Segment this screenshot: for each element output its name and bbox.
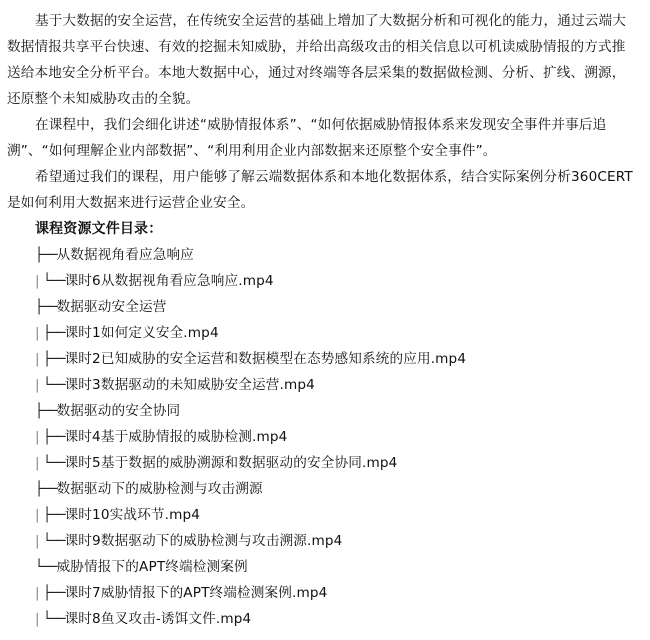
paragraph-line: 数据情报共享平台快速、有效的挖掘未知威胁，并给出高级攻击的相关信息以可机读威胁情…: [7, 34, 643, 60]
tree-branch-icon: ├──: [43, 424, 65, 450]
tree-branch-icon: └──: [43, 450, 65, 476]
folder-label: 威胁情报下的APT终端检测案例: [57, 559, 248, 575]
tree-folder: └──威胁情报下的APT终端检测案例: [7, 554, 643, 580]
tree-file: |└──课时9数据驱动下的威胁检测与攻击溯源.mp4: [7, 528, 643, 554]
file-label: 课时4基于威胁情报的威胁检测.mp4: [65, 429, 288, 445]
tree-pipe-icon: |: [35, 372, 43, 398]
file-label: 课时8鱼叉攻击-诱饵文件.mp4: [65, 611, 252, 627]
tree-branch-icon: ├──: [43, 346, 65, 372]
tree-folder: ├──数据驱动安全运营: [7, 294, 643, 320]
tree-file: |├──课时1如何定义安全.mp4: [7, 320, 643, 346]
tree-branch-icon: ├──: [35, 294, 57, 320]
tree-branch-icon: ├──: [43, 502, 65, 528]
intro-paragraph-1: 基于大数据的安全运营，在传统安全运营的基础上增加了大数据分析和可视化的能力，通过…: [7, 8, 643, 112]
tree-folder: ├──数据驱动下的威胁检测与攻击溯源: [7, 476, 643, 502]
paragraph-line: 溯”、“如何理解企业内部数据”、“利用利用企业内部数据来还原整个安全事件”。: [7, 138, 643, 164]
tree-branch-icon: └──: [43, 528, 65, 554]
tree-file: |└──课时3数据驱动的未知威胁安全运营.mp4: [7, 372, 643, 398]
paragraph-line: 是如何利用大数据来进行运营企业安全。: [7, 190, 643, 216]
tree-pipe-icon: |: [35, 606, 43, 632]
tree-pipe-icon: |: [35, 268, 43, 294]
tree-file: |└──课时6从数据视角看应急响应.mp4: [7, 268, 643, 294]
tree-folder: ├──从数据视角看应急响应: [7, 242, 643, 268]
file-label: 课时7威胁情报下的APT终端检测案例.mp4: [65, 585, 328, 601]
folder-label: 数据驱动安全运营: [57, 299, 167, 315]
paragraph-line: 希望通过我们的课程，用户能够了解云端数据体系和本地化数据体系，结合实际案例分析3…: [7, 164, 643, 190]
tree-pipe-icon: |: [35, 580, 43, 606]
intro-paragraph-3: 希望通过我们的课程，用户能够了解云端数据体系和本地化数据体系，结合实际案例分析3…: [7, 164, 643, 216]
paragraph-line: 在课程中，我们会细化讲述“威胁情报体系”、“如何依据威胁情报体系来发现安全事件并…: [7, 112, 643, 138]
tree-file: |├──课时7威胁情报下的APT终端检测案例.mp4: [7, 580, 643, 606]
file-label: 课时1如何定义安全.mp4: [65, 325, 219, 341]
file-label: 课时5基于数据的威胁溯源和数据驱动的安全协同.mp4: [65, 455, 398, 471]
tree-branch-icon: └──: [35, 554, 57, 580]
tree-branch-icon: └──: [43, 372, 65, 398]
tree-branch-icon: ├──: [43, 320, 65, 346]
tree-branch-icon: ├──: [35, 476, 57, 502]
tree-file: |├──课时4基于威胁情报的威胁检测.mp4: [7, 424, 643, 450]
folder-label: 从数据视角看应急响应: [57, 247, 194, 263]
tree-folder: ├──数据驱动的安全协同: [7, 398, 643, 424]
tree-file: |├──课时2已知威胁的安全运营和数据模型在态势感知系统的应用.mp4: [7, 346, 643, 372]
file-label: 课时9数据驱动下的威胁检测与攻击溯源.mp4: [65, 533, 343, 549]
folder-label: 数据驱动下的威胁检测与攻击溯源: [57, 481, 263, 497]
file-label: 课时6从数据视角看应急响应.mp4: [65, 273, 274, 289]
tree-pipe-icon: |: [35, 502, 43, 528]
resources-heading: 课程资源文件目录：: [7, 216, 643, 242]
tree-branch-icon: ├──: [35, 242, 57, 268]
file-label: 课时10实战环节.mp4: [65, 507, 201, 523]
tree-pipe-icon: |: [35, 424, 43, 450]
intro-paragraph-2: 在课程中，我们会细化讲述“威胁情报体系”、“如何依据威胁情报体系来发现安全事件并…: [7, 112, 643, 164]
paragraph-line: 送给本地安全分析平台。本地大数据中心，通过对终端等各层采集的数据做检测、分析、扩…: [7, 60, 643, 86]
course-description-document: 基于大数据的安全运营，在传统安全运营的基础上增加了大数据分析和可视化的能力，通过…: [7, 8, 643, 632]
paragraph-line: 基于大数据的安全运营，在传统安全运营的基础上增加了大数据分析和可视化的能力，通过…: [7, 8, 643, 34]
tree-branch-icon: ├──: [43, 580, 65, 606]
tree-pipe-icon: |: [35, 320, 43, 346]
tree-file: |└──课时8鱼叉攻击-诱饵文件.mp4: [7, 606, 643, 632]
tree-file: |└──课时5基于数据的威胁溯源和数据驱动的安全协同.mp4: [7, 450, 643, 476]
resource-file-tree: ├──从数据视角看应急响应 |└──课时6从数据视角看应急响应.mp4 ├──数…: [7, 242, 643, 632]
file-label: 课时2已知威胁的安全运营和数据模型在态势感知系统的应用.mp4: [65, 351, 467, 367]
tree-file: |├──课时10实战环节.mp4: [7, 502, 643, 528]
folder-label: 数据驱动的安全协同: [57, 403, 181, 419]
paragraph-line: 还原整个未知威胁攻击的全貌。: [7, 86, 643, 112]
tree-pipe-icon: |: [35, 450, 43, 476]
tree-branch-icon: └──: [43, 268, 65, 294]
file-label: 课时3数据驱动的未知威胁安全运营.mp4: [65, 377, 315, 393]
tree-pipe-icon: |: [35, 346, 43, 372]
tree-branch-icon: └──: [43, 606, 65, 632]
tree-branch-icon: ├──: [35, 398, 57, 424]
tree-pipe-icon: |: [35, 528, 43, 554]
